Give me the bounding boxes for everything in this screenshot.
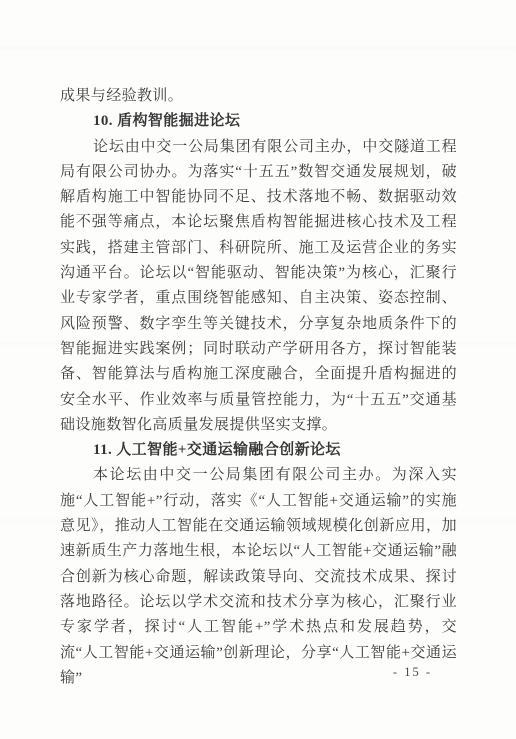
page-number: - 15 - [393, 665, 432, 680]
section-paragraph-10: 论坛由中交一公局集团有限公司主办，中交隧道工程局有限公司协办。为落实“十五五”数… [60, 135, 457, 439]
section-heading-11: 11. 人工智能+交通运输融合创新论坛 [60, 438, 457, 463]
section-paragraph-11: 本论坛由中交一公局集团有限公司主办。为深入实施“人工智能+”行动，落实《“人工智… [60, 463, 457, 691]
paragraph-continuation: 成果与经验教训。 [60, 84, 457, 109]
section-heading-10: 10. 盾构智能掘进论坛 [60, 109, 457, 134]
page-content: 成果与经验教训。 10. 盾构智能掘进论坛 论坛由中交一公局集团有限公司主办，中… [60, 84, 457, 691]
